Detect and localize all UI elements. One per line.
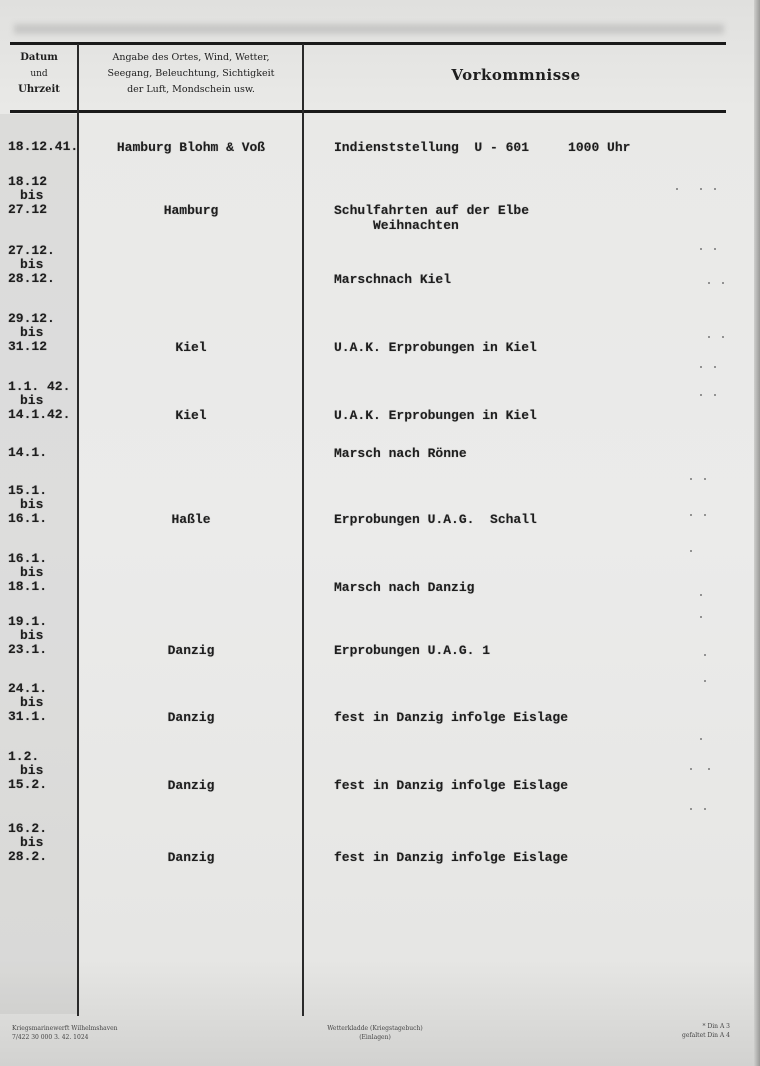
- entry-event: U.A.K. Erprobungen in Kiel: [334, 408, 537, 423]
- entry-place: Danzig: [80, 850, 302, 865]
- entry-date: 18.12.41.: [8, 140, 78, 154]
- document-page: Datum und Uhrzeit Angabe des Ortes, Wind…: [0, 0, 760, 1066]
- entry-event: fest in Danzig infolge Eislage: [334, 778, 568, 793]
- entry-event: Marsch nach Danzig: [334, 580, 474, 595]
- header-events: Vorkommnisse: [306, 66, 726, 84]
- entry-event: Marsch nach Rönne: [334, 446, 467, 461]
- entry-place: Haßle: [80, 512, 302, 527]
- entry-place: Kiel: [80, 340, 302, 355]
- header-place-weather: Angabe des Ortes, Wind, Wetter, Seegang,…: [80, 50, 302, 98]
- entry-event: Schulfahrten auf der Elbe Weihnachten: [334, 203, 529, 233]
- entry-event: U.A.K. Erprobungen in Kiel: [334, 340, 537, 355]
- place-column-divider: [302, 44, 304, 1016]
- entry-date: 16.2.bis28.2.: [8, 822, 78, 864]
- entry-event: Erprobungen U.A.G. 1: [334, 643, 490, 658]
- scan-shadow: [14, 24, 724, 34]
- header-bottom-rule: [10, 110, 726, 113]
- page-edge: [754, 0, 760, 1066]
- entry-date: 1.1. 42.bis14.1.42.: [8, 380, 78, 422]
- entry-date: 27.12.bis28.12.: [8, 244, 78, 286]
- entry-date: 14.1.: [8, 446, 78, 460]
- header-date-time: Datum und Uhrzeit: [4, 50, 74, 98]
- footer-center: Wetterkladde (Kriegstagebuch) (Einlagen): [300, 1024, 450, 1042]
- entry-date: 24.1.bis31.1.: [8, 682, 78, 724]
- entry-event: fest in Danzig infolge Eislage: [334, 710, 568, 725]
- entry-place: Danzig: [80, 778, 302, 793]
- entry-event: fest in Danzig infolge Eislage: [334, 850, 568, 865]
- entry-place: Hamburg: [80, 203, 302, 218]
- entry-event: Indienststellung U - 601 1000 Uhr: [334, 140, 630, 155]
- footer-right: * Din A 3 gefaltet Din A 4: [620, 1022, 730, 1040]
- entry-place: Danzig: [80, 710, 302, 725]
- entry-date: 16.1.bis18.1.: [8, 552, 78, 594]
- header-top-rule: [10, 42, 726, 45]
- entry-event: Marschnach Kiel: [334, 272, 451, 287]
- entry-date: 19.1.bis23.1.: [8, 615, 78, 657]
- entry-place: Kiel: [80, 408, 302, 423]
- entry-place: Hamburg Blohm & Voß: [80, 140, 302, 155]
- footer-left: Kriegsmarinewerft Wilhelmshaven 7/422 30…: [12, 1024, 118, 1042]
- entry-date: 18.12bis27.12: [8, 175, 78, 217]
- entry-event: Erprobungen U.A.G. Schall: [334, 512, 537, 527]
- entry-date: 15.1.bis16.1.: [8, 484, 78, 526]
- entry-date: 1.2.bis15.2.: [8, 750, 78, 792]
- entry-place: Danzig: [80, 643, 302, 658]
- entry-date: 29.12.bis31.12: [8, 312, 78, 354]
